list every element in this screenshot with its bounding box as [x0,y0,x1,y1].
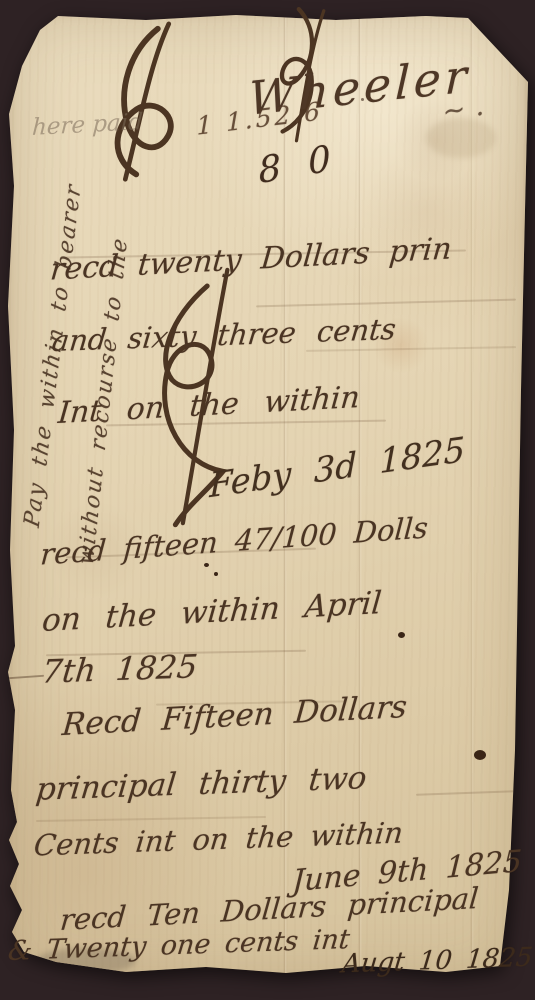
signature-flourish-icon [65,10,241,194]
ink-blot [474,750,486,760]
ink-blot [398,632,405,638]
scanned-document: Wheeler ~ . here paid 1 1.52.6 8 0 Pay t… [0,0,535,1000]
crease-streak [416,790,516,795]
ink-speck [214,572,218,576]
payment-date-line: 7th 1825 [40,647,199,691]
crease-streak [256,299,516,308]
edge-crack [8,675,44,680]
ink-speck [204,563,209,567]
signature-tail-flourish: ~ . [439,89,485,129]
